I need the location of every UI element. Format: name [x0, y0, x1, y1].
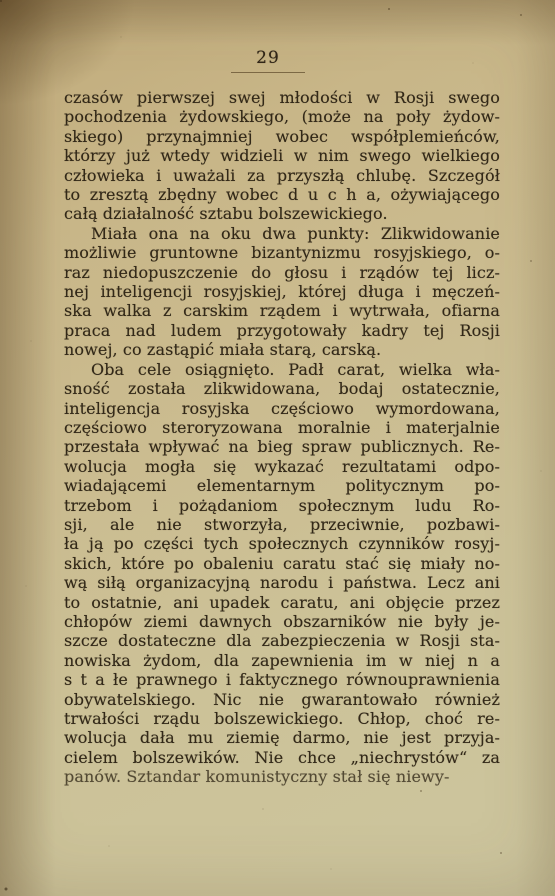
text-line: chłopów ziemi dawnych obszarników nie by…	[64, 612, 500, 631]
text-line: możliwie gruntowne bizantynizmu rosyjski…	[64, 243, 500, 262]
text-line: trwałości rządu bolszewickiego. Chłop, c…	[64, 709, 500, 728]
text-line: całą działalność sztabu bolszewickiego.	[64, 204, 500, 223]
book-page: 29 czasów pierwszej swej młodości w Rosj…	[0, 0, 555, 896]
text-line: to ostatnie, ani upadek caratu, ani obję…	[64, 593, 500, 612]
text-line: czasów pierwszej swej młodości w Rosji s…	[64, 88, 500, 107]
text-line: to zresztą zbędny wobec d u c h a, ożywi…	[64, 185, 500, 204]
page-text: czasów pierwszej swej młodości w Rosji s…	[64, 88, 500, 787]
text-line: przestała wpływać na bieg spraw publiczn…	[64, 437, 500, 456]
text-line: sji, ale nie stworzyła, przeciwnie, pozb…	[64, 515, 500, 534]
text-line: wiadającemi elementarnym politycznym po-	[64, 476, 500, 495]
text-line: wolucja dała mu ziemię darmo, nie jest p…	[64, 728, 500, 747]
text-line: sność została zlikwidowana, bodaj ostate…	[64, 379, 500, 398]
text-line: skiego) przynajmniej wobec współplemieńc…	[64, 127, 500, 146]
text-line: ska walka z carskim rządem i wytrwała, o…	[64, 301, 500, 320]
page-number: 29	[256, 48, 280, 68]
text-line: częściowo steroryzowana moralnie i mater…	[64, 418, 500, 437]
text-line: człowieka i uważali za przyszłą chlubę. …	[64, 166, 500, 185]
text-line: wą siłą organizacyjną narodu i państwa. …	[64, 573, 500, 592]
text-line: raz niedopuszczenie do głosu i rządów te…	[64, 263, 500, 282]
text-line: panów. Sztandar komunistyczny stał się n…	[64, 767, 500, 786]
text-line: trzebom i pożądaniom społecznym ludu Ro-	[64, 496, 500, 515]
page-header: 29	[50, 48, 486, 73]
text-line: nej inteligencji rosyjskiej, której dług…	[64, 282, 500, 301]
text-line: ła ją po części tych społecznych czynnik…	[64, 534, 500, 553]
paper-speckles	[0, 0, 2, 2]
text-line: pochodzenia żydowskiego, (może na poły ż…	[64, 107, 500, 126]
text-line: s t a łe prawnego i faktycznego równoupr…	[64, 670, 500, 689]
text-line: inteligencja rosyjska częściowo wymordow…	[64, 399, 500, 418]
text-line: obywatelskiego. Nic nie gwarantowało rów…	[64, 690, 500, 709]
text-line: Miała ona na oku dwa punkty: Zlikwidowan…	[64, 224, 500, 243]
text-line: nowiska żydom, dla zapewnienia im w niej…	[64, 651, 500, 670]
page-number-underline	[231, 72, 305, 73]
text-line: cielem bolszewików. Nie chce „niechrystó…	[64, 748, 500, 767]
text-line: praca nad ludem przygotowały kadry tej R…	[64, 321, 500, 340]
text-line: wolucja mogła się wykazać rezultatami od…	[64, 457, 500, 476]
text-line: Oba cele osiągnięto. Padł carat, wielka …	[64, 360, 500, 379]
text-line: skich, które po obaleniu caratu stać się…	[64, 554, 500, 573]
text-line: którzy już wtedy widzieli w nim swego wi…	[64, 146, 500, 165]
text-line: nowej, co zastąpić miała starą, carską.	[64, 340, 500, 359]
text-line: szcze dostateczne dla zabezpieczenia w R…	[64, 631, 500, 650]
